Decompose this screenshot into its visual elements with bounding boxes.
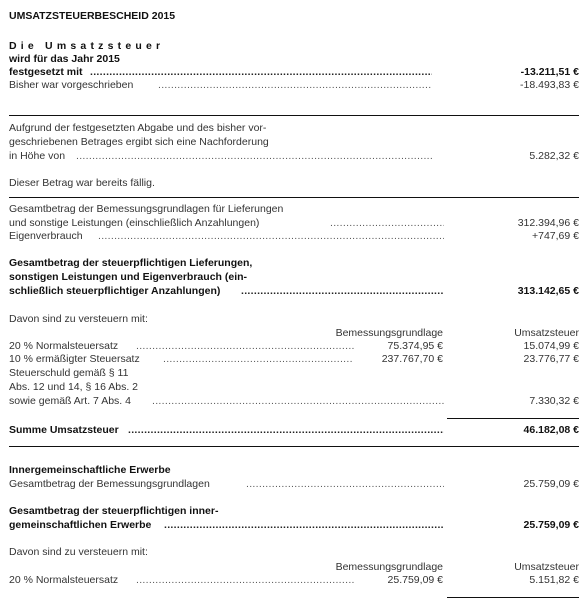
summe-value: 46.182,08 € — [524, 424, 579, 437]
leader-dots — [136, 574, 354, 587]
faellig-note: Dieser Betrag war bereits fällig. — [9, 177, 155, 190]
leader-dots — [158, 79, 432, 92]
leader-dots — [152, 395, 444, 408]
bemessung-text-2: und sonstige Leistungen (einschließlich … — [9, 217, 259, 230]
leader-dots — [136, 340, 354, 353]
rate-10-label: 10 % ermäßigter Steuersatz — [9, 353, 140, 366]
eigenverbrauch-label: Eigenverbrauch — [9, 230, 83, 243]
rate-20-label: 20 % Normalsteuersatz — [9, 340, 118, 353]
steuerschuld-text-2: Abs. 12 und 14, § 16 Abs. 2 — [9, 381, 138, 394]
bisher-label: Bisher war vorgeschrieben — [9, 79, 133, 92]
divider — [9, 197, 579, 198]
col-header-tax: Umsatzsteuer — [514, 327, 579, 340]
ig-total-heading-2: gemeinschaftlichen Erwerbe — [9, 519, 151, 532]
gesamtbetrag-heading-1: Gesamtbetrag der steuerpflichtigen Liefe… — [9, 257, 252, 270]
leader-dots — [246, 478, 444, 491]
bemessung-text-1: Gesamtbetrag der Bemessungsgrundlagen fü… — [9, 203, 283, 216]
gesamtbetrag-heading-2: sonstigen Leistungen und Eigenverbrauch … — [9, 271, 247, 284]
sum-rule — [447, 418, 579, 419]
col-header-base: Bemessungsgrundlage — [336, 327, 443, 340]
summe-label: Summe Umsatzsteuer — [9, 424, 119, 437]
ig-rate-20-tax: 5.151,82 € — [529, 574, 579, 587]
nachforderung-value: 5.282,32 € — [529, 150, 579, 163]
ig-total-value: 25.759,09 € — [524, 519, 579, 532]
festgesetzt-label: festgesetzt mit — [9, 66, 83, 79]
gesamtbetrag-value: 313.142,65 € — [518, 285, 579, 298]
gesamtbetrag-heading-3: schließlich steuerpflichtiger Anzahlunge… — [9, 285, 220, 298]
ig-davon-intro: Davon sind zu versteuern mit: — [9, 546, 148, 559]
rate-20-tax: 15.074,99 € — [524, 340, 579, 353]
nachforderung-text-3: in Höhe von — [9, 150, 65, 163]
divider — [9, 446, 579, 447]
nachforderung-text-1: Aufgrund der festgesetzten Abgabe und de… — [9, 122, 266, 135]
rate-10-tax: 23.776,77 € — [524, 353, 579, 366]
steuerschuld-text-3: sowie gemäß Art. 7 Abs. 4 — [9, 395, 131, 408]
leader-dots — [90, 66, 432, 79]
umsatzsteuer-heading: Die Umsatzsteuer — [9, 40, 164, 53]
steuerschuld-value: 7.330,32 € — [529, 395, 579, 408]
steuerschuld-text-1: Steuerschuld gemäß § 11 — [9, 367, 128, 380]
davon-intro: Davon sind zu versteuern mit: — [9, 313, 148, 326]
ig-rate-20-base: 25.759,09 € — [388, 574, 443, 587]
rate-10-base: 237.767,70 € — [382, 353, 443, 366]
leader-dots — [98, 230, 444, 243]
leader-dots — [163, 353, 353, 366]
sum-rule — [447, 597, 579, 598]
document-title: UMSATZSTEUERBESCHEID 2015 — [9, 10, 175, 23]
ig-col-header-tax: Umsatzsteuer — [514, 561, 579, 574]
leader-dots — [76, 150, 432, 163]
ig-erwerbe-heading: Innergemeinschaftliche Erwerbe — [9, 464, 171, 477]
ig-total-heading-1: Gesamtbetrag der steuerpflichtigen inner… — [9, 505, 218, 518]
divider — [9, 115, 579, 116]
ig-base-label: Gesamtbetrag der Bemessungsgrundlagen — [9, 478, 210, 491]
ig-rate-20-label: 20 % Normalsteuersatz — [9, 574, 118, 587]
bisher-value: -18.493,83 € — [520, 79, 579, 92]
festgesetzt-value: -13.211,51 € — [521, 66, 579, 79]
leader-dots — [128, 424, 444, 437]
ig-base-value: 25.759,09 € — [524, 478, 579, 491]
year-line: wird für das Jahr 2015 — [9, 53, 120, 66]
leader-dots — [164, 519, 444, 532]
rate-20-base: 75.374,95 € — [388, 340, 443, 353]
leader-dots — [241, 285, 444, 298]
ig-col-header-base: Bemessungsgrundlage — [336, 561, 443, 574]
eigenverbrauch-value: +747,69 € — [532, 230, 579, 243]
nachforderung-text-2: geschriebenen Betrages ergibt sich eine … — [9, 136, 269, 149]
leader-dots — [330, 217, 444, 230]
bemessung-value: 312.394,96 € — [518, 217, 579, 230]
